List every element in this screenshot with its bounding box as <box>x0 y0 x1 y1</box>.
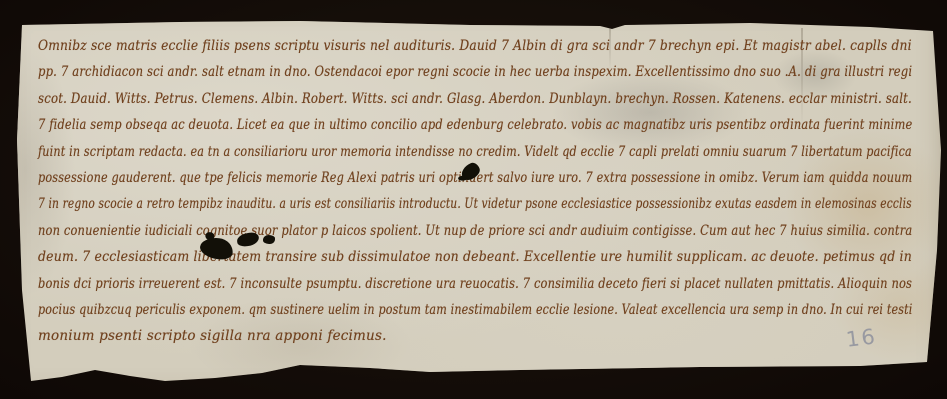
manuscript-photo: Omnibz sce matris ecclie filiis psens sc… <box>0 0 947 399</box>
manuscript-text-line: possessione gauderent. que tpe felicis m… <box>38 165 912 191</box>
manuscript-text-line: pp. 7 archidiacon sci andr. salt etnam i… <box>38 59 912 85</box>
manuscript-text: Omnibz sce matris ecclie filiis psens sc… <box>38 33 912 350</box>
photo-background: { "document": { "type": "medieval-manusc… <box>0 0 947 399</box>
manuscript-text-line: fuint in scriptam redacta. ea tn a consi… <box>38 139 912 165</box>
manuscript-text-line: bonis dci prioris irreuerent est. 7 inco… <box>38 271 912 297</box>
manuscript-text-line: deum. 7 ecclesiasticam libertatem transi… <box>38 244 912 270</box>
parchment: Omnibz sce matris ecclie filiis psens sc… <box>0 0 947 399</box>
manuscript-text-line: monium psenti scripto sigilla nra apponi… <box>38 323 912 349</box>
manuscript-text-line: 7 in regno scocie a retro tempibz inaudi… <box>38 191 912 217</box>
manuscript-text-line: 7 fidelia semp obseqa ac deuota. Licet e… <box>38 112 912 138</box>
manuscript-text-line: Omnibz sce matris ecclie filiis psens sc… <box>38 33 912 59</box>
manuscript-text-line: non conuenientie iudiciali cognitoe suor… <box>38 218 912 244</box>
manuscript-text-line: pocius quibzcuq periculis exponem. qm su… <box>38 297 912 323</box>
manuscript-text-line: scot. Dauid. Witts. Petrus. Clemens. Alb… <box>38 86 912 112</box>
folio-number: 16 <box>845 324 878 352</box>
